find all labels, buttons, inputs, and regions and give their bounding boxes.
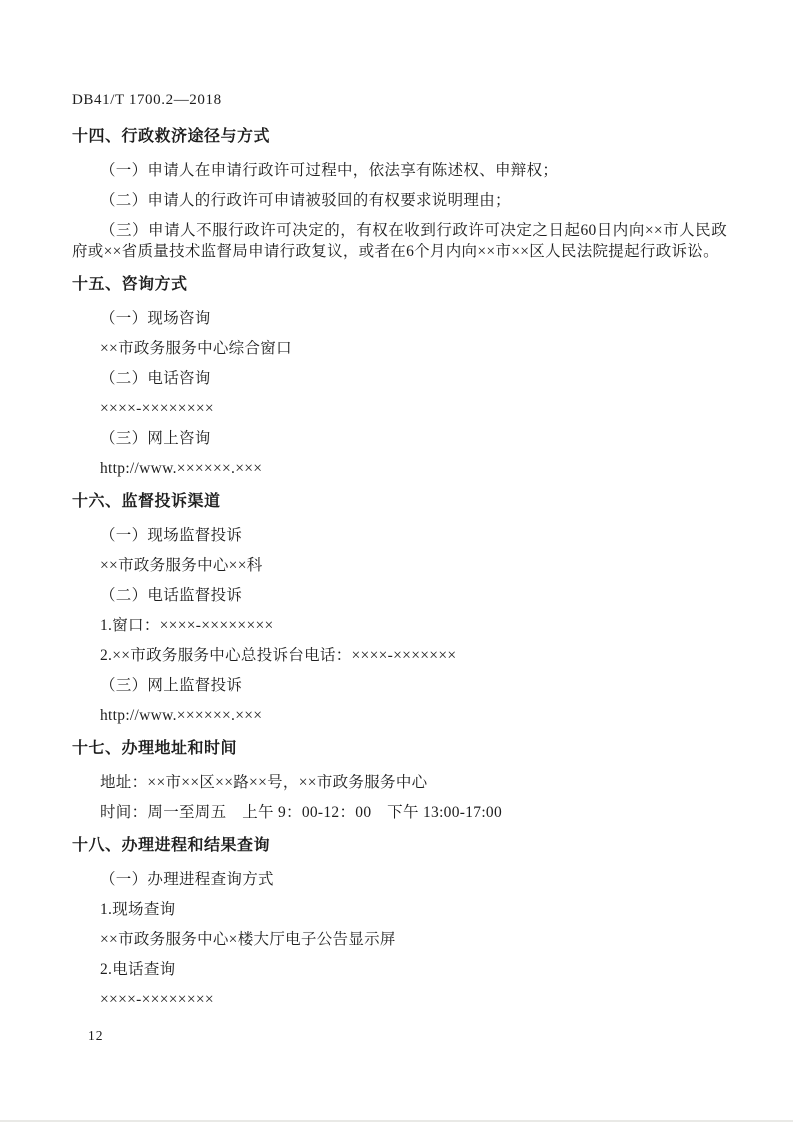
paragraph-line: ××市政务服务中心综合窗口 (72, 338, 727, 359)
document-code: DB41/T 1700.2—2018 (72, 92, 727, 109)
paragraph-line: （三）申请人不服行政许可决定的，有权在收到行政许可决定之日起60日内向××市人民… (72, 220, 727, 262)
page-number: 12 (88, 1028, 104, 1044)
paragraph-line: 1.窗口：××××-×××××××× (72, 615, 727, 636)
paragraph-line: ××市政务服务中心××科 (72, 555, 727, 576)
paragraph-line: （三）网上监督投诉 (72, 675, 727, 696)
paragraph-line: （一）申请人在申请行政许可过程中，依法享有陈述权、申辩权； (72, 160, 727, 181)
paragraph-line: （二）电话监督投诉 (72, 585, 727, 606)
paragraph-line: 2.电话查询 (72, 959, 727, 980)
paragraph-line: ××××-×××××××× (72, 398, 727, 419)
document-page: DB41/T 1700.2—2018 十四、行政救济途径与方式（一）申请人在申请… (0, 0, 793, 1122)
section-heading: 十五、咨询方式 (72, 274, 727, 295)
paragraph-line: （二）电话咨询 (72, 368, 727, 389)
paragraph-line: （二）申请人的行政许可申请被驳回的有权要求说明理由； (72, 190, 727, 211)
paragraph-line: （一）办理进程查询方式 (72, 869, 727, 890)
paragraph-line: ××××-×××××××× (72, 989, 727, 1010)
paragraph-line: http://www.××××××.××× (72, 458, 727, 479)
paragraph-line: 1.现场查询 (72, 899, 727, 920)
paragraph-line: 地址：××市××区××路××号，××市政务服务中心 (72, 772, 727, 793)
paragraph-line: （三）网上咨询 (72, 428, 727, 449)
paragraph-line: ××市政务服务中心×楼大厅电子公告显示屏 (72, 929, 727, 950)
paragraph-line: 时间：周一至周五 上午 9：00-12：00 下午 13:00-17:00 (72, 802, 727, 823)
paragraph-line: http://www.××××××.××× (72, 705, 727, 726)
document-body: 十四、行政救济途径与方式（一）申请人在申请行政许可过程中，依法享有陈述权、申辩权… (72, 126, 727, 1010)
section-heading: 十四、行政救济途径与方式 (72, 126, 727, 147)
section-heading: 十八、办理进程和结果查询 (72, 835, 727, 856)
paragraph-line: （一）现场咨询 (72, 308, 727, 329)
paragraph-line: （一）现场监督投诉 (72, 525, 727, 546)
section-heading: 十七、办理地址和时间 (72, 738, 727, 759)
section-heading: 十六、监督投诉渠道 (72, 491, 727, 512)
paragraph-line: 2.××市政务服务中心总投诉台电话：××××-××××××× (72, 645, 727, 666)
